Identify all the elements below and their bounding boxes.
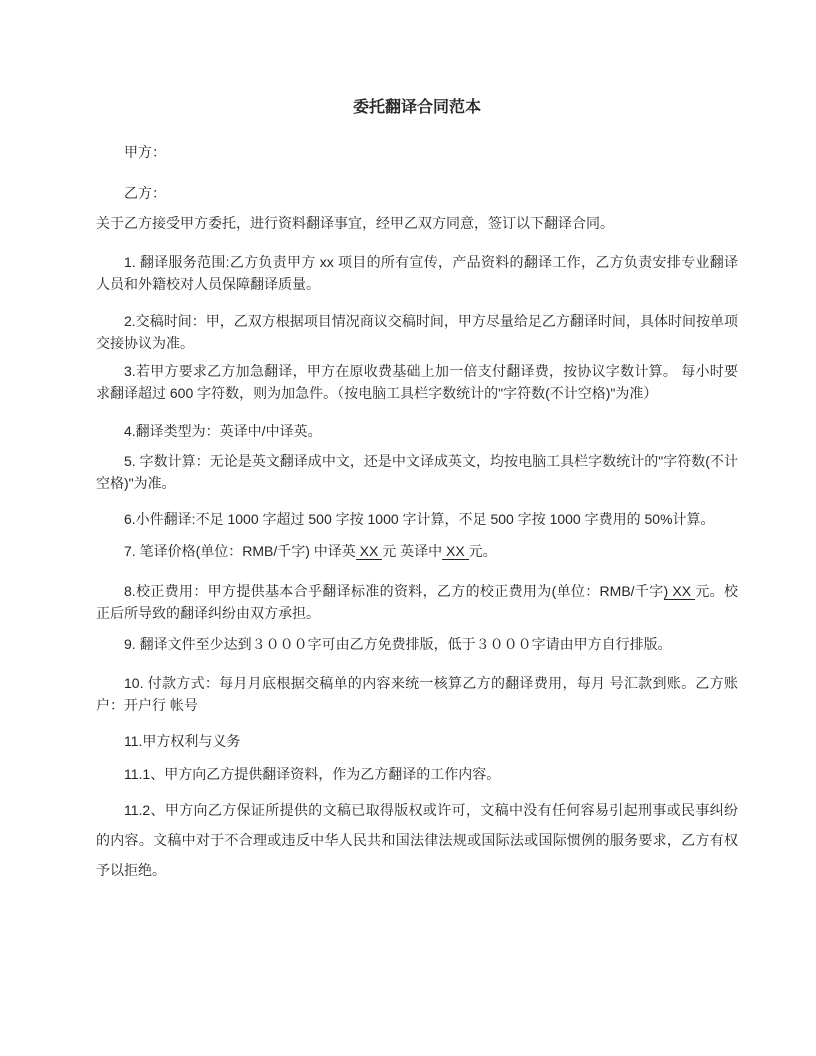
clause-1: 1. 翻译服务范围:乙方负责甲方 xx 项目的所有宣传，产品资料的翻译工作，乙方…: [96, 251, 738, 295]
clause-6: 6.小件翻译:不足 1000 字超过 500 字按 1000 字计算，不足 50…: [96, 508, 738, 530]
clause-2: 2.交稿时间：甲，乙双方根据项目情况商议交稿时间，甲方尽量给足乙方翻译时间，具体…: [96, 310, 738, 354]
clause-11-2: 11.2、甲方向乙方保证所提供的文稿已取得版权或许可，文稿中没有任何容易引起刑事…: [96, 795, 738, 885]
document-page: 委托翻译合同范本 甲方： 乙方： 关于乙方接受甲方委托，进行资料翻译事宜，经甲乙…: [0, 0, 816, 1056]
clause-11-1: 11.1、甲方向乙方提供翻译资料，作为乙方翻译的工作内容。: [96, 763, 738, 785]
clause-10: 10. 付款方式：每月月底根据交稿单的内容来统一核算乙方的翻译费用，每月 号汇款…: [96, 672, 738, 716]
clause-5: 5. 字数计算：无论是英文翻译成中文，还是中文译成英文，均按电脑工具栏字数统计的…: [96, 450, 738, 494]
clause-11: 11.甲方权利与义务: [96, 730, 738, 752]
clause-7-fill-in-blank-1: XX: [356, 543, 382, 560]
intro-paragraph: 关于乙方接受甲方委托，进行资料翻译事宜，经甲乙双方同意，签订以下翻译合同。: [96, 212, 738, 234]
clause-3: 3.若甲方要求乙方加急翻译，甲方在原收费基础上加一倍支付翻译费，按协议字数计算。…: [96, 360, 738, 404]
party-b-line: 乙方：: [96, 182, 738, 204]
clause-8-fill-in-blank: ) XX: [664, 583, 696, 600]
clause-8-text-pre: 8.校正费用：甲方提供基本合乎翻译标准的资料，乙方的校正费用为(单位：RMB/千…: [124, 583, 664, 599]
clause-7-text-mid: 元 英译中: [382, 543, 442, 559]
clause-4: 4.翻译类型为：英译中/中译英。: [96, 420, 738, 442]
clause-7-fill-in-blank-2: XX: [442, 543, 468, 560]
party-a-line: 甲方：: [96, 141, 738, 163]
clause-7-text-pre: 7. 笔译价格(单位：RMB/千字) 中译英: [124, 543, 356, 559]
clause-7-text-post: 元。: [469, 543, 497, 559]
clause-9: 9. 翻译文件至少达到３０００字可由乙方免费排版，低于３０００字请由甲方自行排版…: [96, 633, 738, 655]
clause-8: 8.校正费用：甲方提供基本合乎翻译标准的资料，乙方的校正费用为(单位：RMB/千…: [96, 580, 738, 624]
document-title: 委托翻译合同范本: [96, 97, 738, 119]
clause-7: 7. 笔译价格(单位：RMB/千字) 中译英 XX 元 英译中 XX 元。: [96, 540, 738, 562]
